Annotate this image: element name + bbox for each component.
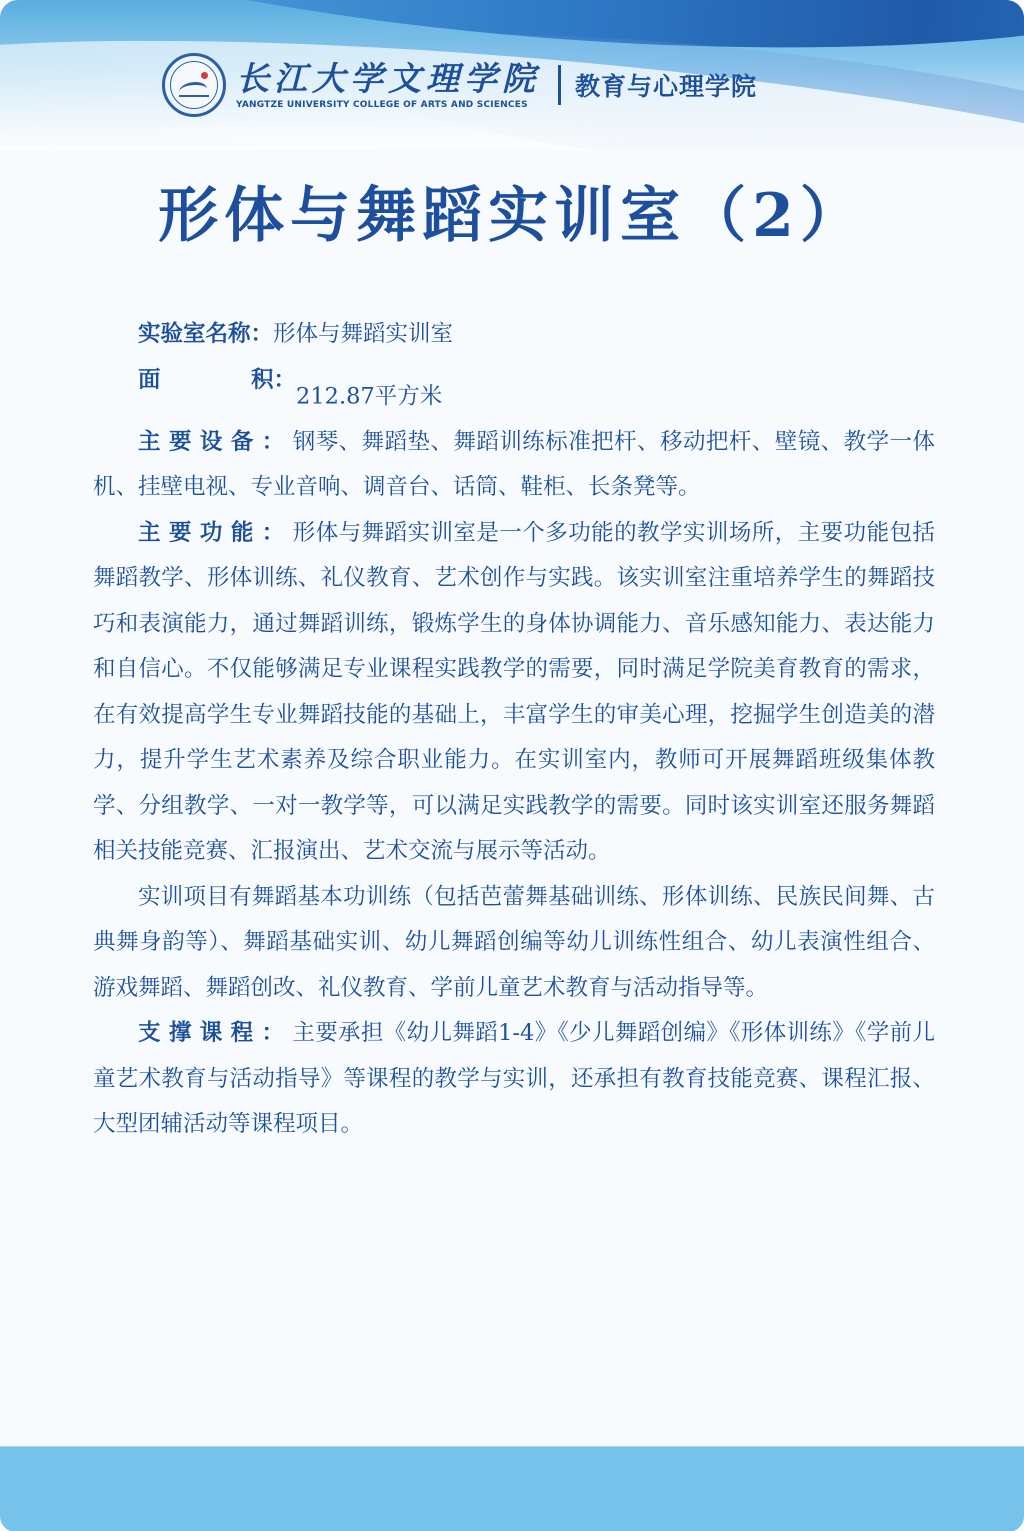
function-value: 形体与舞蹈实训室是一个多功能的教学实训场所，主要功能包括舞蹈教学、形体训练、礼仪… <box>93 520 935 865</box>
brand-name-en: YANGTZE UNIVERSITY COLLEGE OF ARTS AND S… <box>236 100 540 110</box>
function-label: 主要功能： <box>138 520 293 546</box>
footer-band <box>0 1446 1024 1531</box>
area-row: 面积：212.87平方米 <box>93 358 935 420</box>
brand-block: 长江大学文理学院 YANGTZE UNIVERSITY COLLEGE OF A… <box>236 60 540 110</box>
brand-name-cn: 长江大学文理学院 <box>236 60 540 98</box>
lab-name-row: 实验室名称：形体与舞蹈实训室 <box>93 312 935 358</box>
department-name: 教育与心理学院 <box>575 67 757 103</box>
university-seal-icon <box>162 53 226 117</box>
courses-row: 支撑课程：主要承担《幼儿舞蹈1-4》《少儿舞蹈创编》《形体训练》《学前儿童艺术教… <box>93 1011 935 1148</box>
projects-value: 实训项目有舞蹈基本功训练（包括芭蕾舞基础训练、形体训练、民族民间舞、古典舞身韵等… <box>93 884 935 1001</box>
page-title: 形体与舞蹈实训室（2） <box>0 168 1024 254</box>
header-divider <box>558 65 561 105</box>
courses-label: 支撑课程： <box>138 1020 292 1046</box>
lab-name-label: 实验室名称： <box>138 321 273 347</box>
equipment-label: 主要设备： <box>138 429 293 455</box>
projects-row: 实训项目有舞蹈基本功训练（包括芭蕾舞基础训练、形体训练、民族民间舞、古典舞身韵等… <box>93 875 935 1012</box>
area-label: 面积： <box>138 358 296 404</box>
equipment-row: 主要设备：钢琴、舞蹈垫、舞蹈训练标准把杆、移动把杆、壁镜、教学一体机、挂壁电视、… <box>93 420 935 511</box>
logo-row: 长江大学文理学院 YANGTZE UNIVERSITY COLLEGE OF A… <box>162 50 757 120</box>
function-row: 主要功能：形体与舞蹈实训室是一个多功能的教学实训场所，主要功能包括舞蹈教学、形体… <box>93 511 935 875</box>
area-value: 212.87平方米 <box>296 383 442 409</box>
lab-name-value: 形体与舞蹈实训室 <box>273 321 453 347</box>
content-body: 实验室名称：形体与舞蹈实训室 面积：212.87平方米 主要设备：钢琴、舞蹈垫、… <box>93 312 935 1148</box>
